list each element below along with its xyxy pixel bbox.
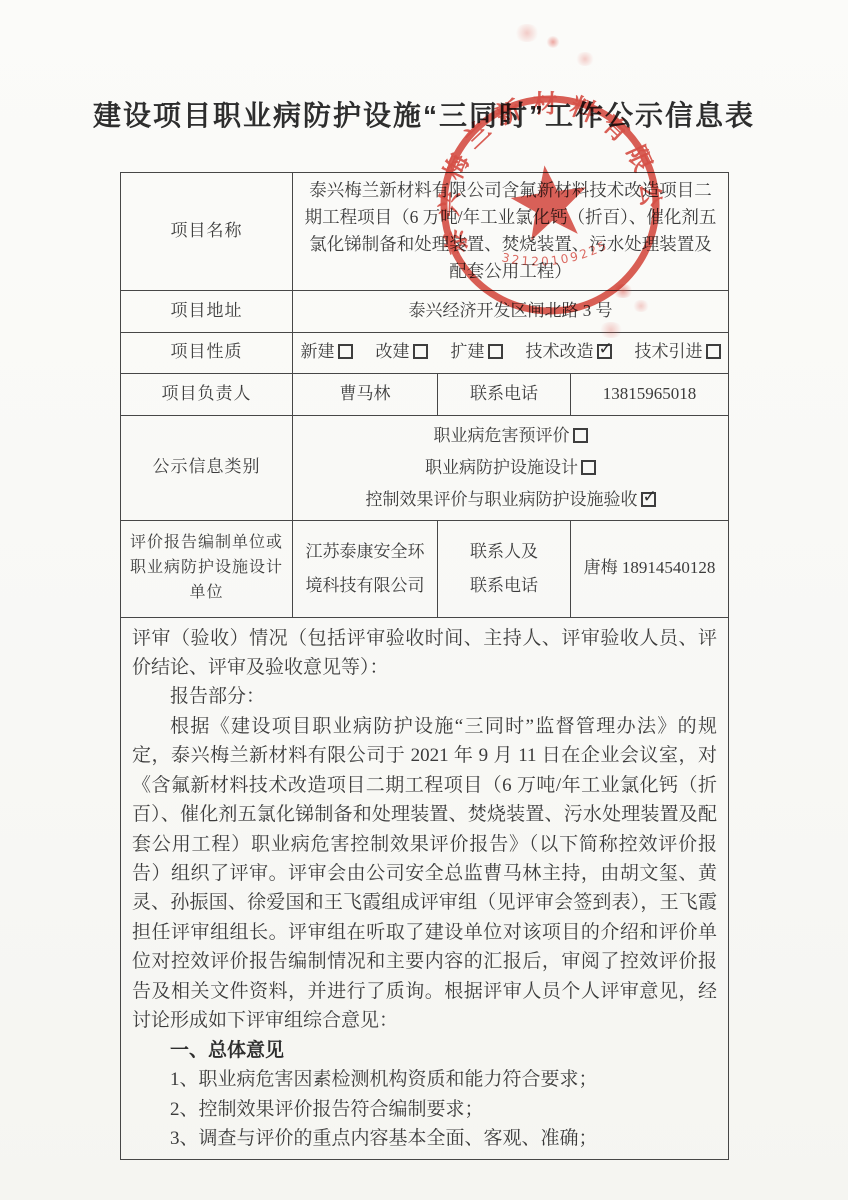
- option-tech-import: 技术引进✓: [635, 339, 721, 365]
- option-expansion: 扩建✓: [451, 339, 503, 365]
- row-review-status: 评审（验收）情况（包括评审验收时间、主持人、评审验收人员、评价结论、评审及验收意…: [121, 617, 729, 1160]
- scanned-document-page: { "page": { "title": "建设项目职业病防护设施“三同时”工作…: [0, 0, 848, 1200]
- checkbox-tech-renovation: ✓: [597, 344, 612, 359]
- checkbox-expansion: ✓: [488, 344, 503, 359]
- ink-speck: [575, 52, 595, 66]
- ink-speck: [546, 36, 560, 48]
- checkbox-new-construction: ✓: [338, 344, 353, 359]
- checkbox-rebuild: ✓: [413, 344, 428, 359]
- publicity-type-label: 公示信息类别: [121, 415, 293, 520]
- option-new-construction: 新建✓: [301, 339, 353, 365]
- row-project-leader: 项目负责人 曹马林 联系电话 13815965018: [121, 373, 729, 415]
- project-address-value: 泰兴经济开发区闸北路 3 号: [293, 290, 729, 332]
- review-opinion-item-2: 2、控制效果评价报告符合编制要求；: [132, 1095, 717, 1124]
- review-report-part: 报告部分：: [132, 682, 717, 711]
- review-body-paragraph: 根据《建设项目职业病防护设施“三同时”监督管理办法》的规定，泰兴梅兰新材料有限公…: [132, 712, 717, 1036]
- publicity-info-table: 项目名称 泰兴梅兰新材料有限公司含氟新材料技术改造项目二期工程项目（6 万吨/年…: [120, 172, 729, 1160]
- row-evaluation-org: 评价报告编制单位或 职业病防护设施设计 单位 江苏泰康安全环 境科技有限公司 联…: [121, 520, 729, 617]
- org-contact-value: 唐梅 18914540128: [571, 520, 729, 617]
- project-name-value: 泰兴梅兰新材料有限公司含氟新材料技术改造项目二期工程项目（6 万吨/年工业氯化钙…: [293, 173, 729, 291]
- checkbox-effect-acceptance: ✓: [641, 492, 656, 507]
- option-pre-evaluation: 职业病危害预评价✓: [301, 420, 720, 452]
- check-icon: ✓: [599, 341, 613, 358]
- evaluation-org-label: 评价报告编制单位或 职业病防护设施设计 单位: [121, 520, 293, 617]
- ink-speck: [514, 24, 540, 42]
- project-name-label: 项目名称: [121, 173, 293, 291]
- row-project-nature: 项目性质 新建✓ 改建✓ 扩建✓ 技术改造✓ 技术引进✓: [121, 332, 729, 373]
- option-tech-renovation: 技术改造✓: [526, 339, 612, 365]
- checkbox-facility-design: ✓: [581, 460, 596, 475]
- review-opinion-item-1: 1、职业病危害因素检测机构资质和能力符合要求；: [132, 1065, 717, 1094]
- publicity-type-options: 职业病危害预评价✓ 职业病防护设施设计✓ 控制效果评价与职业病防护设施验收✓: [293, 415, 729, 520]
- evaluation-org-name: 江苏泰康安全环 境科技有限公司: [293, 520, 438, 617]
- checkbox-tech-import: ✓: [706, 344, 721, 359]
- org-contact-label: 联系人及 联系电话: [438, 520, 571, 617]
- project-address-label: 项目地址: [121, 290, 293, 332]
- review-opinion-item-3: 3、调查与评价的重点内容基本全面、客观、准确；: [132, 1124, 717, 1153]
- review-overall-opinion-heading: 一、总体意见: [132, 1036, 717, 1065]
- option-effect-acceptance: 控制效果评价与职业病防护设施验收✓: [301, 484, 720, 516]
- review-status-cell: 评审（验收）情况（包括评审验收时间、主持人、评审验收人员、评价结论、评审及验收意…: [121, 617, 729, 1160]
- project-leader-label: 项目负责人: [121, 373, 293, 415]
- project-leader-name: 曹马林: [293, 373, 438, 415]
- row-project-address: 项目地址 泰兴经济开发区闸北路 3 号: [121, 290, 729, 332]
- checkbox-pre-evaluation: ✓: [573, 428, 588, 443]
- project-nature-options: 新建✓ 改建✓ 扩建✓ 技术改造✓ 技术引进✓: [301, 339, 720, 365]
- project-nature-label: 项目性质: [121, 332, 293, 373]
- leader-phone-value: 13815965018: [571, 373, 729, 415]
- option-rebuild: 改建✓: [376, 339, 428, 365]
- page-title: 建设项目职业病防护设施“三同时”工作公示信息表: [0, 94, 848, 134]
- leader-phone-label: 联系电话: [438, 373, 571, 415]
- row-project-name: 项目名称 泰兴梅兰新材料有限公司含氟新材料技术改造项目二期工程项目（6 万吨/年…: [121, 173, 729, 291]
- check-icon: ✓: [643, 489, 657, 506]
- row-publicity-type: 公示信息类别 职业病危害预评价✓ 职业病防护设施设计✓ 控制效果评价与职业病防护…: [121, 415, 729, 520]
- option-facility-design: 职业病防护设施设计✓: [301, 452, 720, 484]
- review-heading: 评审（验收）情况（包括评审验收时间、主持人、评审验收人员、评价结论、评审及验收意…: [132, 624, 717, 683]
